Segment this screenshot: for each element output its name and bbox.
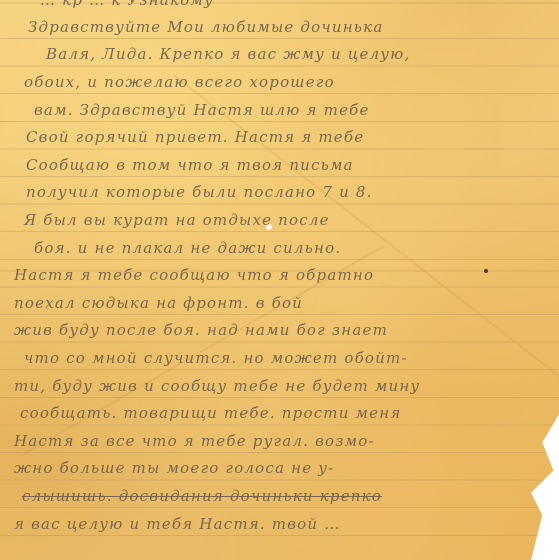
letter-paper: … кр … к Узнакому Здравствуйте Мои любим… [0,0,559,560]
letter-line: что со мной случится. но может обойт- [24,349,408,367]
letter-line: я вас целую и тебя Настя. твой … [14,515,340,533]
letter-line: Сообщаю в том что я твоя письма [26,156,354,174]
letter-line: вам. Здравствуй Настя шлю я тебе [34,101,370,119]
letter-line: … кр … к Узнакому [40,0,214,9]
letter-line-struck: слышишь. досвидания дочиньки крепко [22,487,382,505]
letter-line: Валя, Лида. Крепко я вас жму и целую, [46,45,411,63]
letter-line: поехал сюдыка на фронт. в бой [14,294,303,312]
ink-dot [484,269,488,273]
letter-line: Я был вы курат на отдыхе после [24,211,330,229]
letter-line: боя. и не плакал не дажи сильно. [34,239,341,257]
letter-line: обоих, и пожелаю всего хорошего [24,73,335,91]
letter-line: получил которые были послано 7 и 8. [26,183,373,201]
letter-line: жно больше ты моего голоса не у- [14,459,334,477]
letter-line: Здравствуйте Мои любимые дочинька [28,18,383,36]
letter-line: сообщать. товарищи тебе. прости меня [20,404,401,422]
letter-line: ти, буду жив и сообщу тебе не будет мину [14,377,420,395]
letter-line: Настя я тебе сообщаю что я обратно [14,266,374,284]
letter-line: жив буду после боя. над нами бог знает [14,321,388,339]
letter-line: Свой горячий привет. Настя я тебе [26,128,364,146]
letter-line: Настя за все что я тебе ругал. возмо- [14,432,375,450]
